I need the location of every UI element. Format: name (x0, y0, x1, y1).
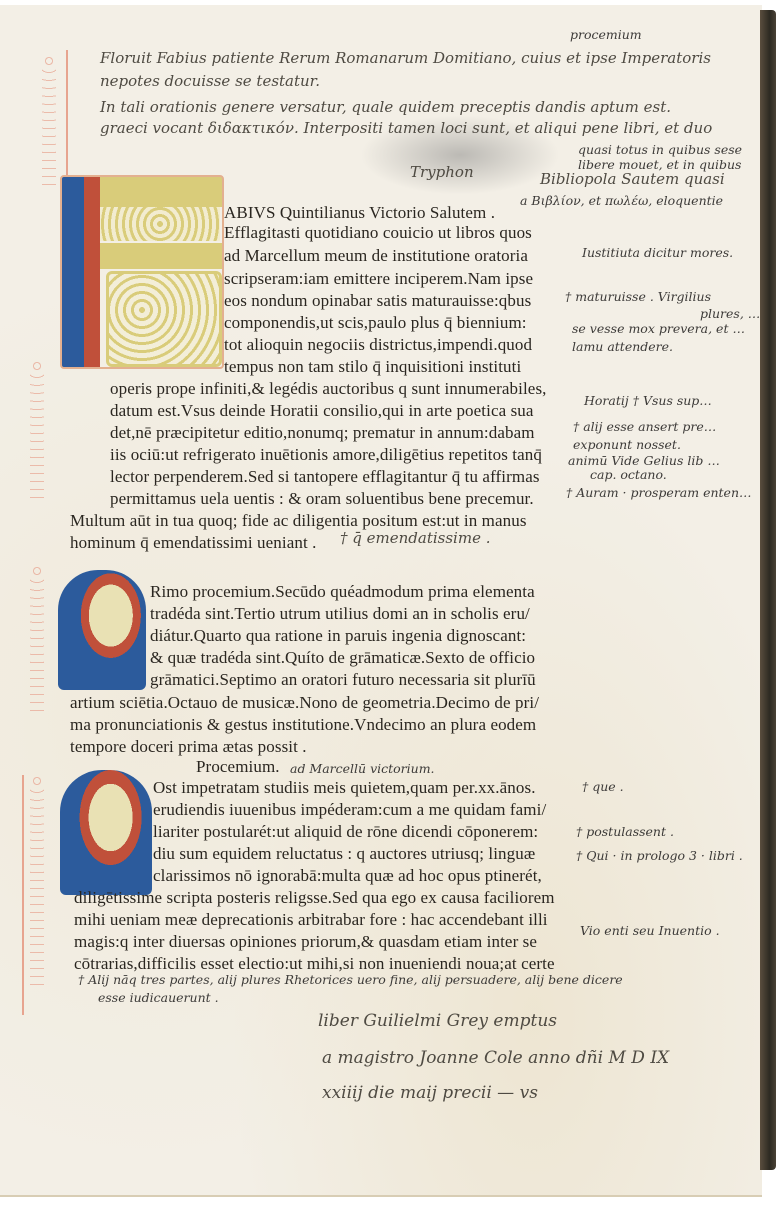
decorative-border-left-3 (30, 775, 44, 985)
text-line: erudiendis iuuenibus impéderam:cum a me … (153, 800, 546, 820)
text-line: Multum aūt in tua quoq; fide ac diligent… (70, 511, 527, 531)
initial-filigree (100, 207, 220, 241)
illuminated-initial-f (60, 175, 224, 369)
text-line: magis:q inter diuersas opiniones priorum… (74, 932, 537, 952)
initial-filigree (106, 271, 222, 367)
top-note-right: quasi totus in quibus sese (578, 142, 742, 157)
text-line: tempore doceri prima ætas possit . (70, 737, 307, 757)
note-heading: procemium (570, 27, 642, 42)
text-line: ABIVS Quintilianus Victorio Salutem . (224, 203, 495, 223)
margin-note: Vio enti seu Inuentio . (580, 923, 720, 938)
text-line: clarissimos nō ignorabā:multa quæ ad hoc… (153, 866, 542, 886)
margin-note: se vesse mox prevera, et … (572, 321, 745, 336)
text-line: mihi ueniam meæ deprecationis arbitrabar… (74, 910, 548, 930)
margin-note: plures, … (700, 306, 760, 321)
book-page: procemium Floruit Fabius patiente Rerum … (0, 5, 762, 1197)
text-line: tradéda sint.Tertio utrum utilius domi a… (150, 604, 530, 624)
top-note-right: Bibliopola Sautem quasi (540, 170, 725, 188)
section-heading: Procemium. (196, 757, 280, 777)
margin-note: † postulassent . (576, 824, 674, 839)
illuminated-initial-p (60, 770, 152, 895)
text-line: eos nondum opinabar satis maturauisse:qb… (224, 291, 531, 311)
top-note-line: graeci vocant διδακτικόν. Interpositi ta… (100, 119, 712, 137)
ownership-inscription: a magistro Joanne Cole anno dñi M D IX (322, 1048, 669, 1068)
text-line: hominum q̄ emendatissimi ueniant . (70, 533, 316, 553)
top-note-right: Tryphon (410, 163, 474, 181)
margin-note: lamu attendere. (572, 339, 673, 354)
decorative-border-left-2 (30, 565, 44, 715)
text-line: det,nē præcipitetur editio,nonumq; prema… (110, 423, 535, 443)
top-note-line: Floruit Fabius patiente Rerum Romanarum … (100, 49, 711, 67)
top-note-right: a Βιβλίον, et πωλέω, eloquentie (520, 193, 723, 208)
text-line: Rimo procemium.Secūdo quéadmodum prima e… (150, 582, 535, 602)
text-line: iis ociū:ut refrigerato inuētionis amore… (110, 445, 542, 465)
text-line: tempus non tam stilo q̄ inquisitioni ins… (224, 357, 521, 377)
illuminated-initial-p (58, 570, 146, 690)
margin-note: † maturuisse . Virgilius (565, 289, 711, 304)
text-line: lector perpenderem.Sed si tantopere effl… (110, 467, 540, 487)
margin-note: † que . (582, 779, 624, 794)
text-line: operis prope infiniti,& legédis auctorib… (110, 379, 547, 399)
text-line: cōtrarias,difficilis esset electio:ut mi… (74, 954, 555, 974)
margin-note: cap. octano. (590, 467, 667, 482)
ownership-inscription: xxiiij die maij precii — vs (322, 1083, 538, 1103)
margin-note: † Auram · prosperam enten… (566, 485, 752, 500)
text-line: diligētissime scripta posteris religsse.… (74, 888, 555, 908)
text-line: Ost impetratam studiis meis quietem,quam… (153, 778, 536, 798)
margin-note: exponunt nosset. (573, 437, 681, 452)
text-line: componendis,ut scis,paulo plus q̄ bienni… (224, 313, 527, 333)
decorative-border-left-1 (30, 360, 44, 500)
book-edge (760, 10, 776, 1170)
text-line: ad Marcellum meum de institutione orator… (224, 246, 528, 266)
text-line: tot alioquin negociis districtus,impendi… (224, 335, 532, 355)
text-line: permittamus uela uentis : & oram soluent… (110, 489, 534, 509)
margin-note: animū Vide Gelius lib … (568, 453, 720, 468)
text-line: datum est.Vsus deinde Horatii consilio,q… (110, 401, 534, 421)
top-note-line: nepotes docuisse se testatur. (100, 72, 320, 90)
ownership-inscription: liber Guilielmi Grey emptus (318, 1011, 557, 1031)
text-line: Efflagitasti quotidiano couicio ut libro… (224, 223, 532, 243)
bottom-note-line: † Alij nāq tres partes, alij plures Rhet… (78, 972, 623, 987)
margin-note: † alij esse ansert pre… (573, 419, 716, 434)
text-line: grāmatici.Septimo an oratori futuro nece… (150, 670, 536, 690)
top-note-line: In tali orationis genere versatur, quale… (100, 98, 671, 116)
text-line: liariter postularét:ut aliquid de rōne d… (153, 822, 538, 842)
decorative-border-top-left (42, 55, 56, 185)
margin-note: Iustitiuta dicitur mores. (582, 245, 733, 260)
text-line: artium sciētia.Octauo de musicæ.Nono de … (70, 693, 539, 713)
margin-note: Horatij † Vsus sup… (584, 393, 712, 408)
margin-note: † Qui · in prologo 3 · libri . (576, 848, 743, 863)
text-line: diu sum equidem reluctatus : q auctores … (153, 844, 535, 864)
red-rule (66, 50, 68, 180)
red-rule (22, 775, 24, 1015)
text-line: scripseram:iam emittere inciperem.Nam ip… (224, 269, 533, 289)
text-line: ma pronunciationis & gestus institutione… (70, 715, 536, 735)
bottom-note-line: esse iudicauerunt . (98, 990, 219, 1005)
margin-note: † q̄ emendatissime . (340, 529, 490, 547)
text-line: diátur.Quarto qua ratione in paruis inge… (150, 626, 526, 646)
text-line: & quæ tradéda sint.Quíto de grāmaticæ.Se… (150, 648, 535, 668)
heading-note: ad Marcellū victorium. (290, 761, 435, 776)
